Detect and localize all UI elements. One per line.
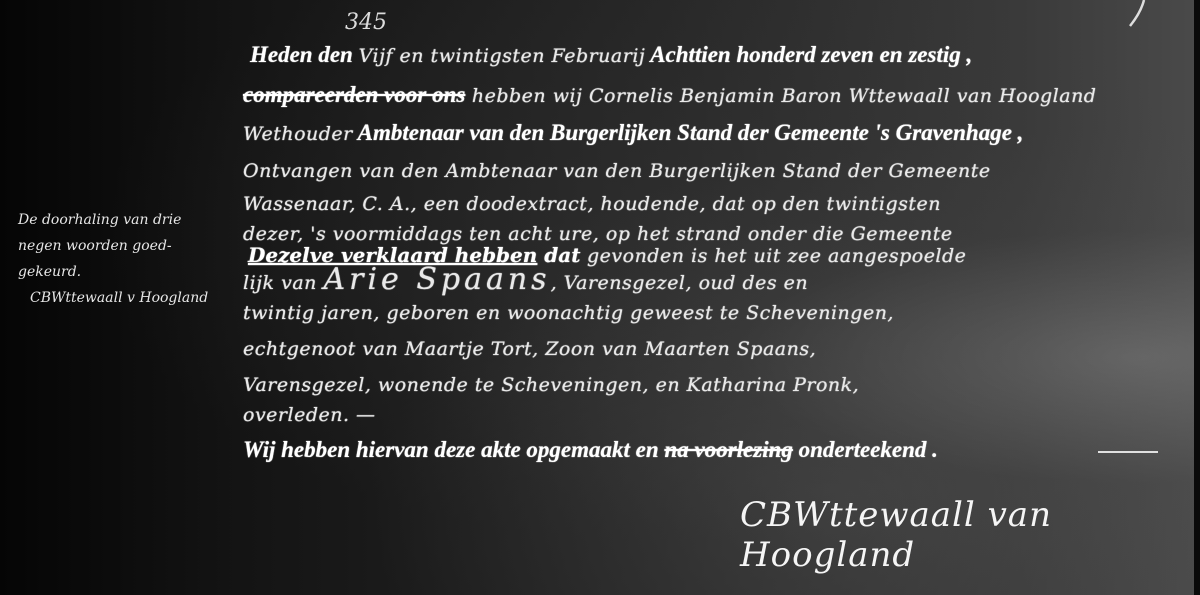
deceased-name: Arie Spaans [323,262,550,297]
scan-edge-border [1194,0,1200,595]
record-line-2: compareerden voor ons hebben wij Corneli… [243,82,1096,108]
struck-printed-text: compareerden voor ons [243,82,465,107]
handwritten-date: Vijf en twintigsten Februarij [359,45,646,67]
struck-printed-text: na voorlezing [664,437,792,462]
handwritten-text: twintig jaren, geboren en woonachtig gew… [243,302,894,324]
handwritten-text: overleden. — [243,404,376,426]
handwritten-text: Ontvangen van den Ambtenaar van den Burg… [243,160,991,182]
printed-closing-text: Wij hebben hiervan deze akte opgemaakt e… [243,437,664,462]
printed-closing-text: onderteekend . [793,437,938,462]
handwritten-text: echtgenoot van Maartje Tort, Zoon van Ma… [243,338,816,360]
record-line-13: Wij hebben hiervan deze akte opgemaakt e… [243,437,938,463]
handwritten-text: lijk van [243,272,323,294]
printed-text: Heden den [250,42,359,67]
scanned-document-page: 345 Heden den Vijf en twintigsten Februa… [0,0,1200,595]
page-number: 345 [345,10,387,35]
flourish-stroke-decoration [1120,0,1150,30]
record-line-6: dezer, 's voormiddags ten acht ure, op h… [243,223,953,245]
record-line-11: Varensgezel, wonende te Scheveningen, en… [243,374,859,396]
margin-note-line-3: gekeurd. [18,264,81,280]
record-line-4: Ontvangen van den Ambtenaar van den Burg… [243,160,991,182]
closing-dash-line [1098,451,1158,453]
record-line-3: Wethouder Ambtenaar van den Burgerlijken… [243,120,1023,146]
margin-note-signature: CBWttewaall v Hoogland [30,290,208,306]
margin-note-line-1: De doorhaling van drie [18,212,181,228]
handwritten-text: Wassenaar, C. A., een doodextract, houde… [243,193,941,215]
record-line-1: Heden den Vijf en twintigsten Februarij … [250,42,972,68]
handwritten-text: Varensgezel, wonende te Scheveningen, en… [243,374,859,396]
record-line-10: echtgenoot van Maartje Tort, Zoon van Ma… [243,338,816,360]
margin-note-line-2: negen woorden goed- [18,238,172,254]
record-line-12: overleden. — [243,404,376,426]
printed-year: Achttien honderd zeven en zestig , [645,42,972,67]
handwritten-official-name: hebben wij Cornelis Benjamin Baron Wttew… [465,85,1096,107]
record-line-9: twintig jaren, geboren en woonachtig gew… [243,302,894,324]
handwritten-text: , Varensgezel, oud des en [551,272,809,294]
handwritten-title: Wethouder [243,123,353,145]
record-line-8: lijk van Arie Spaans, Varensgezel, oud d… [243,262,808,297]
registrar-signature: CBWttewaall van Hoogland [740,495,1200,575]
printed-registrar-text: Ambtenaar van den Burgerlijken Stand der… [353,120,1024,145]
record-line-5: Wassenaar, C. A., een doodextract, houde… [243,193,941,215]
handwritten-text: dezer, 's voormiddags ten acht ure, op h… [243,223,953,245]
